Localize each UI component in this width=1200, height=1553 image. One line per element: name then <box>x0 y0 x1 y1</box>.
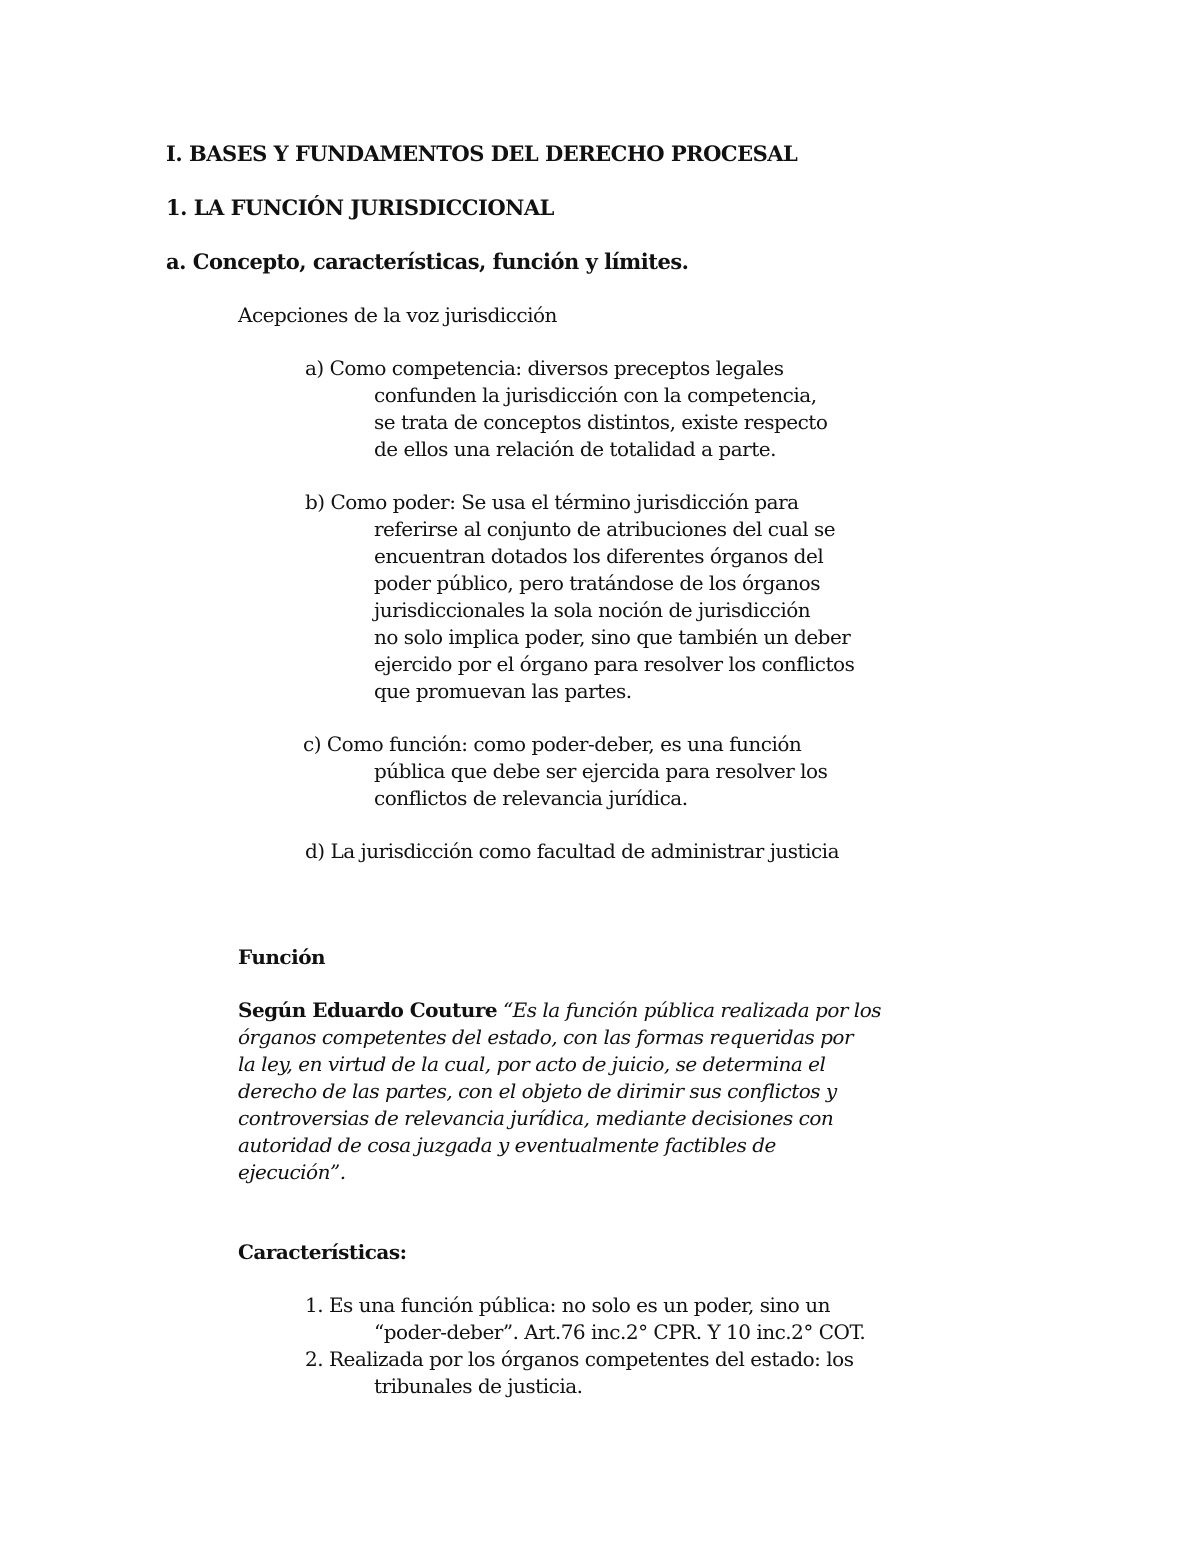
acepcion-b-line: no solo implica poder, sino que también … <box>374 624 850 651</box>
heading-section-i: I. BASES Y FUNDAMENTOS DEL DERECHO PROCE… <box>166 140 797 167</box>
acepcion-b-line: ejercido por el órgano para resolver los… <box>374 651 854 678</box>
couture-quote-line: la ley, en virtud de la cual, por acto d… <box>238 1051 825 1078</box>
heading-funcion-jurisdiccional: 1. LA FUNCIÓN JURISDICCIONAL <box>166 194 554 221</box>
acepcion-a-line: a) Como competencia: diversos preceptos … <box>305 355 784 382</box>
caracteristica-1-line: 1. Es una función pública: no solo es un… <box>305 1292 830 1319</box>
acepcion-c-line: conflictos de relevancia jurídica. <box>374 785 688 812</box>
acepcion-c-line: c) Como función: como poder-deber, es un… <box>303 731 801 758</box>
acepcion-b-line: poder público, pero tratándose de los ór… <box>374 570 820 597</box>
acepcion-a-line: de ellos una relación de totalidad a par… <box>374 436 776 463</box>
couture-quote-line: “Es la función pública realizada por los <box>503 998 881 1022</box>
heading-concepto: a. Concepto, características, función y … <box>166 248 688 275</box>
couture-quote-line: autoridad de cosa juzgada y eventualment… <box>238 1132 776 1159</box>
acepcion-b-line: jurisdiccionales la sola noción de juris… <box>374 597 810 624</box>
funcion-title: Función <box>238 944 325 971</box>
acepcion-b-line: encuentran dotados los diferentes órgano… <box>374 543 823 570</box>
caracteristicas-title: Características: <box>238 1239 407 1266</box>
couture-quote-line: órganos competentes del estado, con las … <box>238 1024 853 1051</box>
acepcion-c-line: pública que debe ser ejercida para resol… <box>374 758 827 785</box>
acepcion-a-line: se trata de conceptos distintos, existe … <box>374 409 827 436</box>
couture-first-line: Según Eduardo Couture “Es la función púb… <box>238 997 881 1024</box>
acepcion-d-line: d) La jurisdicción como facultad de admi… <box>305 838 839 865</box>
caracteristica-2-line: 2. Realizada por los órganos competentes… <box>305 1346 853 1373</box>
couture-quote-line: ejecución”. <box>238 1159 346 1186</box>
acepciones-title: Acepciones de la voz jurisdicción <box>238 302 557 329</box>
acepcion-a-line: confunden la jurisdicción con la compete… <box>374 382 817 409</box>
document-page: I. BASES Y FUNDAMENTOS DEL DERECHO PROCE… <box>0 0 1200 1553</box>
couture-quote-line: derecho de las partes, con el objeto de … <box>238 1078 837 1105</box>
acepcion-b-line: referirse al conjunto de atribuciones de… <box>374 516 835 543</box>
caracteristica-1-line: “poder-deber”. Art.76 inc.2° CPR. Y 10 i… <box>374 1319 865 1346</box>
couture-quote-line: controversias de relevancia jurídica, me… <box>238 1105 833 1132</box>
acepcion-b-line: b) Como poder: Se usa el término jurisdi… <box>305 489 799 516</box>
couture-author: Según Eduardo Couture <box>238 998 497 1022</box>
acepcion-b-line: que promuevan las partes. <box>374 678 632 705</box>
caracteristica-2-line: tribunales de justicia. <box>374 1373 583 1400</box>
